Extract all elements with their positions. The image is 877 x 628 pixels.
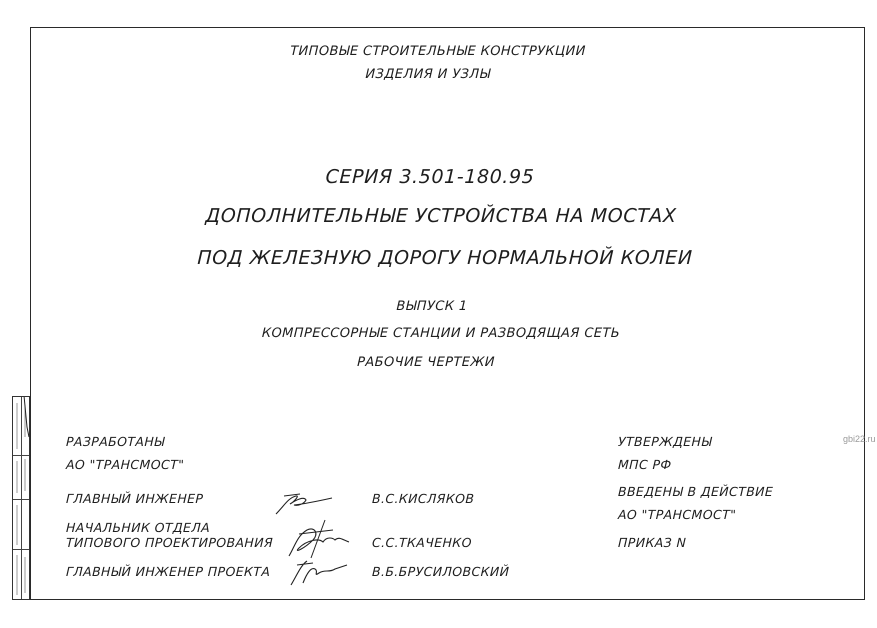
signature-icon [270, 488, 340, 520]
issue-number: ВЫПУСК 1 [396, 299, 468, 314]
name-chief-project-engineer: В.Б.БРУСИЛОВСКИЙ [372, 564, 510, 579]
role-chief-project-engineer: ГЛАВНЫЙ ИНЖЕНЕР ПРОЕКТА [66, 564, 271, 579]
title-line-1: ДОПОЛНИТЕЛЬНЫЕ УСТРОЙСТВА НА МОСТАХ [205, 205, 677, 227]
role-head-of-department-line1: НАЧАЛЬНИК ОТДЕЛА [66, 520, 211, 535]
name-chief-engineer: В.С.КИСЛЯКОВ [372, 491, 475, 506]
enacted-label: ВВЕДЕНЫ В ДЕЙСТВИЕ [618, 484, 774, 499]
order-number: ПРИКАЗ N [618, 535, 687, 550]
approved-org: МПС РФ [618, 457, 672, 472]
title-line-2: ПОД ЖЕЛЕЗНУЮ ДОРОГУ НОРМАЛЬНОЙ КОЛЕИ [197, 247, 693, 269]
header-line-2: ИЗДЕЛИЯ И УЗЛЫ [365, 67, 491, 82]
developed-label: РАЗРАБОТАНЫ [66, 434, 165, 449]
signature-icon [285, 553, 355, 589]
role-head-of-department: ТИПОВОГО ПРОЕКТИРОВАНИЯ [66, 535, 274, 550]
enacted-org: АО "ТРАНСМОСТ" [618, 507, 737, 522]
role-chief-engineer: ГЛАВНЫЙ ИНЖЕНЕР [66, 491, 204, 506]
developed-org: АО "ТРАНСМОСТ" [66, 457, 185, 472]
stamp-handwriting-icon [13, 397, 31, 601]
watermark: gbi22.ru [843, 434, 876, 444]
series-number: СЕРИЯ 3.501-180.95 [325, 166, 534, 188]
document-type: РАБОЧИЕ ЧЕРТЕЖИ [357, 355, 495, 370]
name-head-of-department: С.С.ТКАЧЕНКО [372, 535, 472, 550]
approved-label: УТВЕРЖДЕНЫ [618, 434, 713, 449]
header-line-1: ТИПОВЫЕ СТРОИТЕЛЬНЫЕ КОНСТРУКЦИИ [290, 44, 586, 59]
issue-subject: КОМПРЕССОРНЫЕ СТАНЦИИ И РАЗВОДЯЩАЯ СЕТЬ [262, 326, 621, 341]
side-stamp [12, 396, 30, 600]
